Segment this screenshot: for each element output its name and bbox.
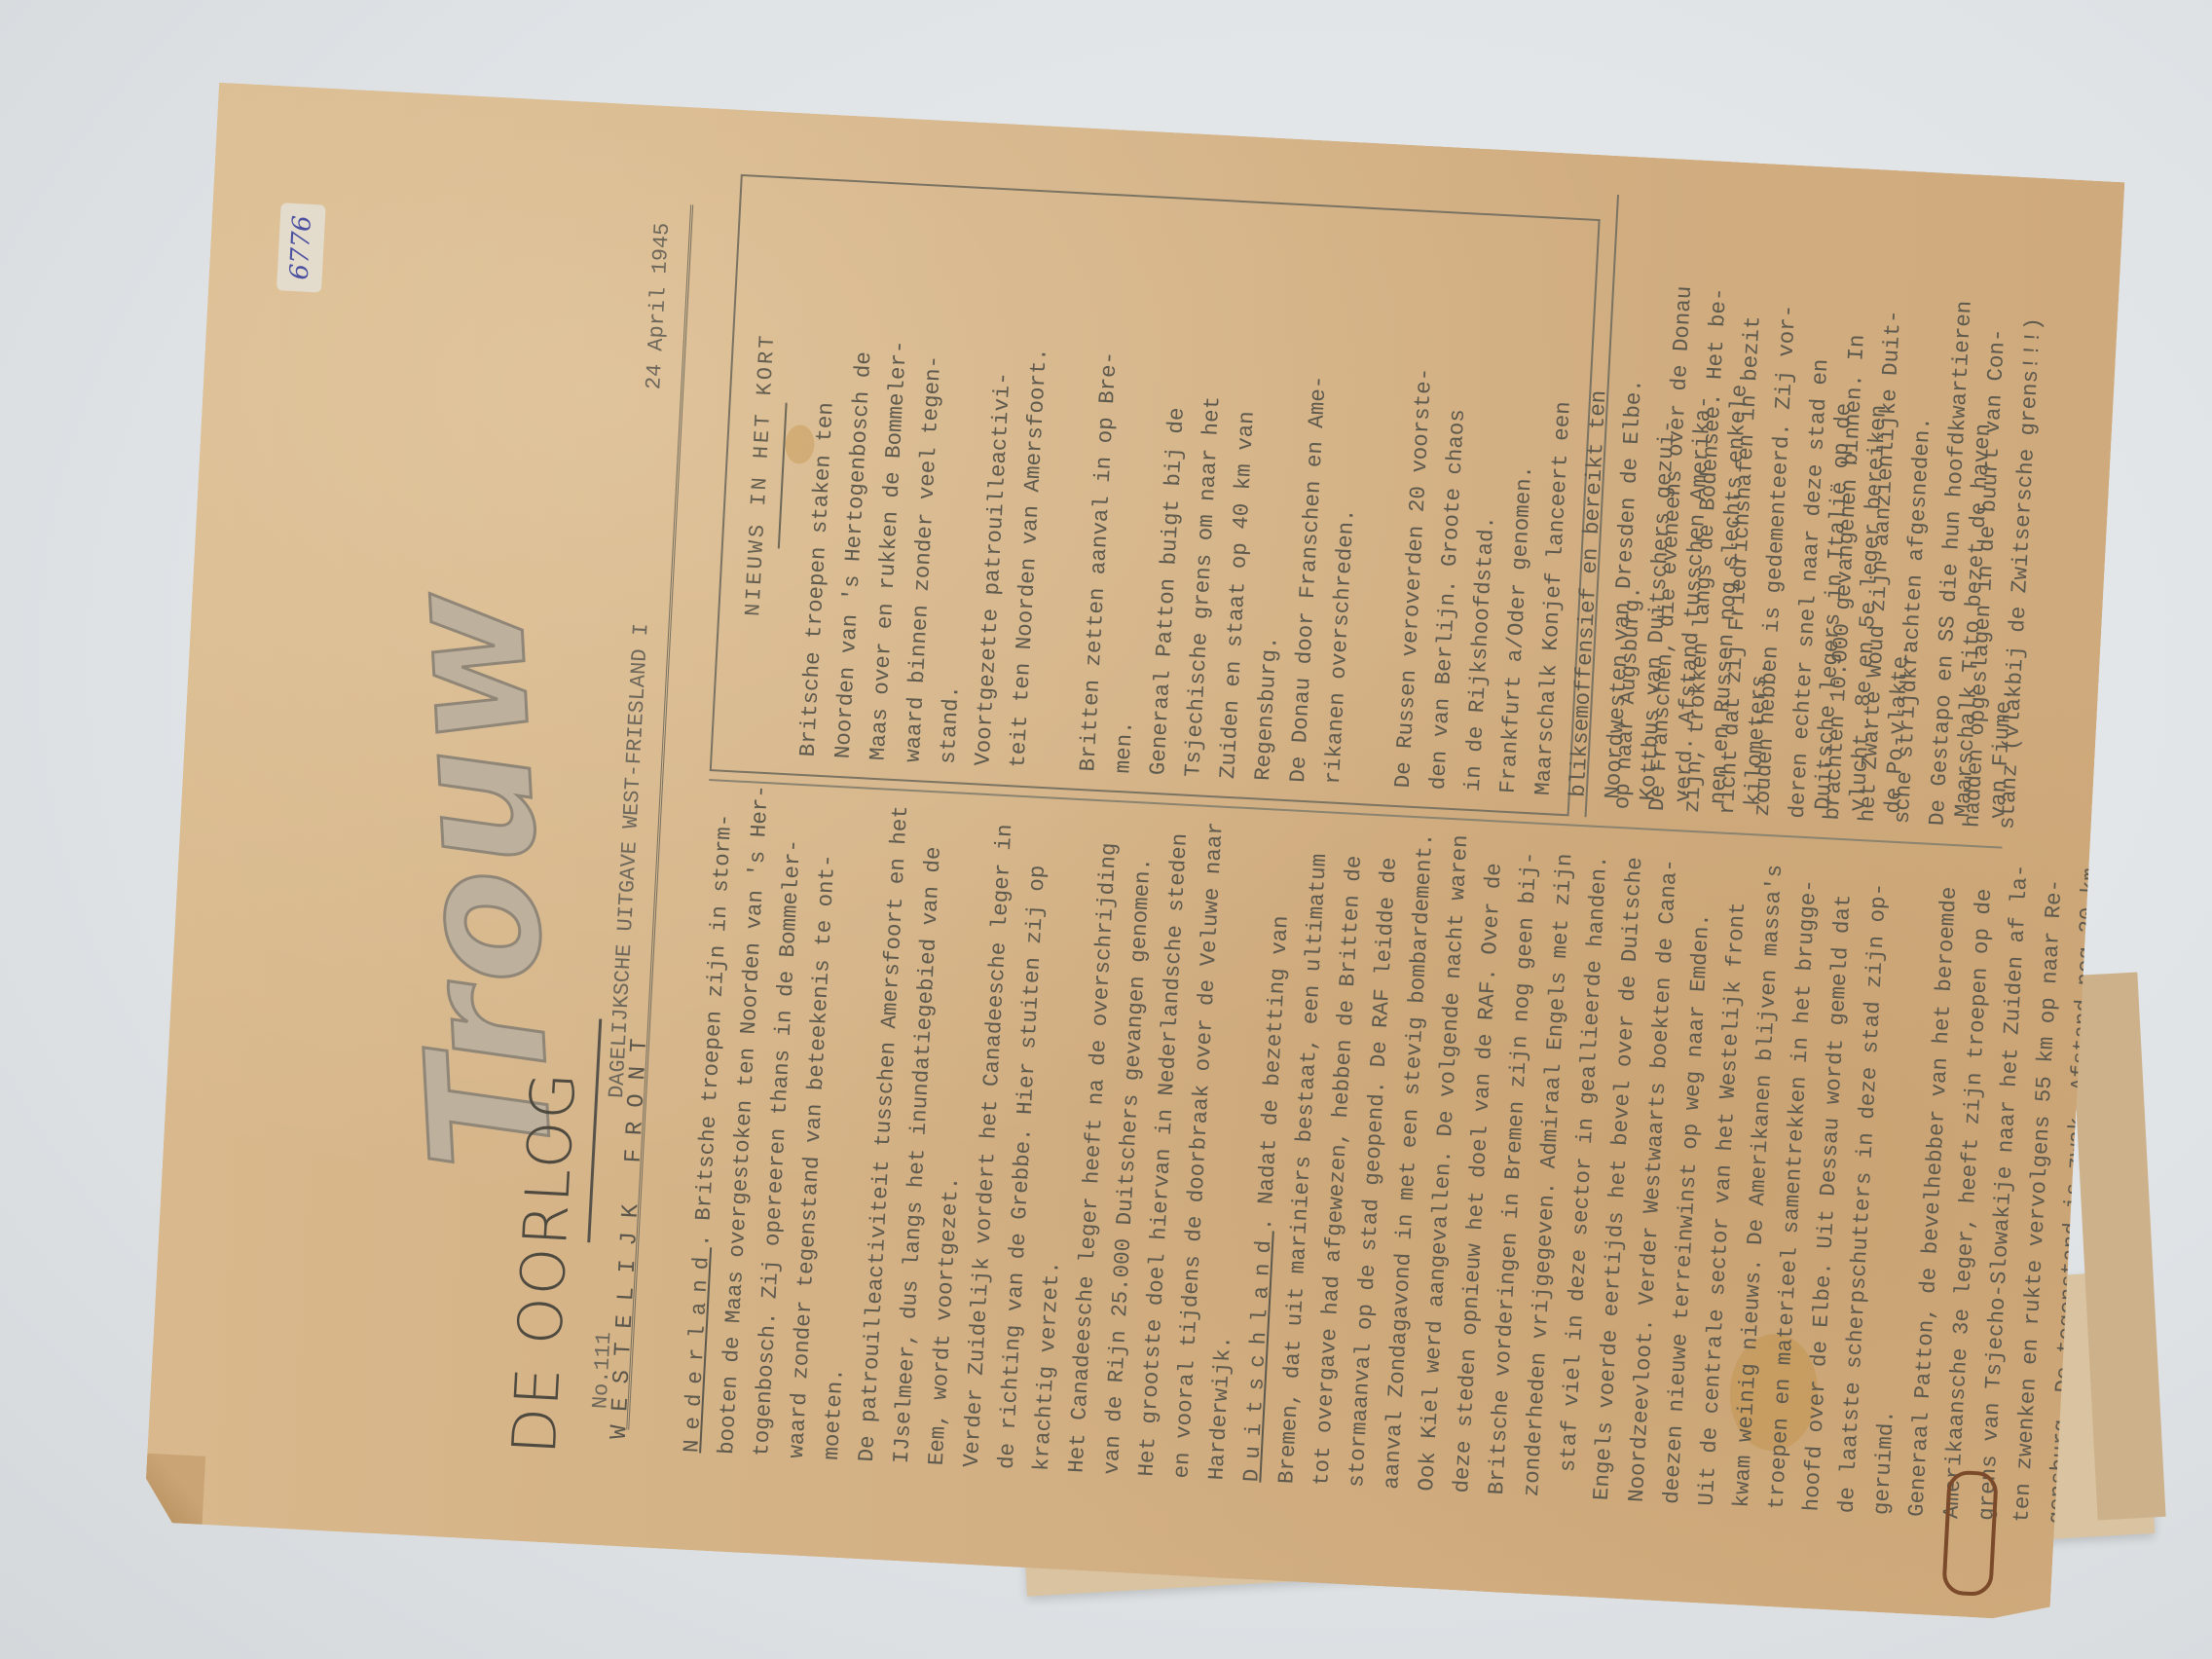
text-line: het 7e leger hebben bij Dillingen, via e… — [2179, 850, 2212, 1532]
archive-label: 6776 — [276, 203, 326, 292]
issue-date: 24 April 1945 — [642, 222, 675, 390]
news-box: NIEUWS IN HET KORT Britsche troepen stak… — [710, 174, 1601, 816]
main-article: Nederland. Britsche troepen zijn in stor… — [674, 771, 2212, 1534]
paperclip — [1941, 1470, 1999, 1598]
folded-corner — [144, 1454, 206, 1525]
news-box-title: NIEUWS IN HET KORT — [733, 177, 789, 771]
newspaper-page: 6776 Trouw No.111 DAGELIJKSCHE UITGAVE W… — [144, 83, 2125, 1622]
news-box-title-underline — [778, 403, 788, 549]
continued-column: op naar Augsburg.De Franschen, die evene… — [1604, 205, 2056, 830]
paragraph-lead: Nederland — [679, 1246, 715, 1454]
